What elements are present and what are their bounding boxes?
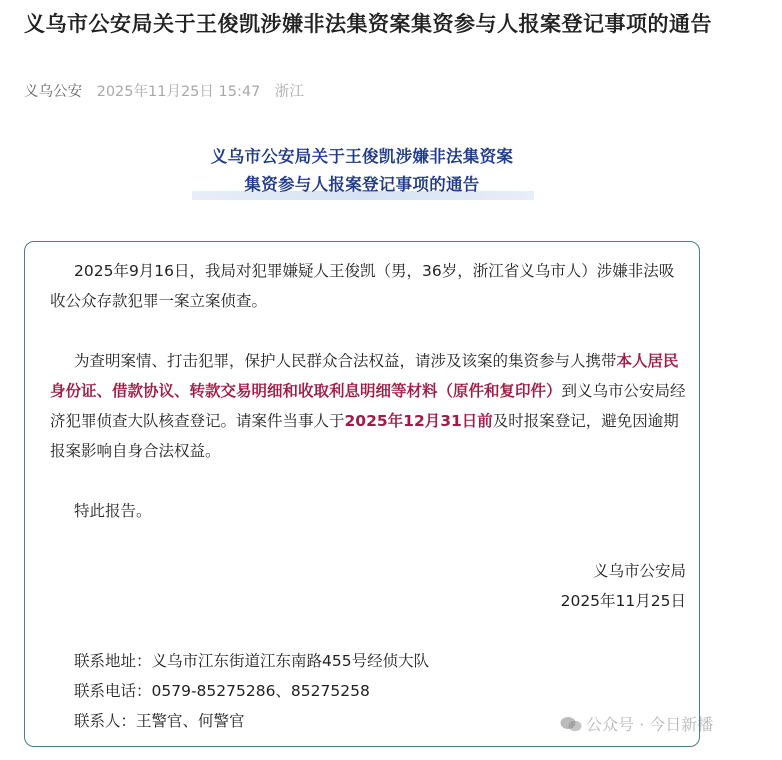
- contact-phone: 联系电话：0579-85275286、85275258: [74, 676, 370, 706]
- publish-time: 2025年11月25日 15:47: [97, 84, 261, 100]
- notice-paragraph-1: 2025年9月16日，我局对犯罪嫌疑人王俊凯（男，36岁，浙江省义乌市人）涉嫌非…: [50, 256, 686, 316]
- notice-paragraph-3: 特此报告。: [74, 496, 694, 526]
- publish-location: 浙江: [275, 84, 304, 100]
- wechat-icon: [560, 716, 582, 732]
- watermark: 公众号 · 今日新播: [560, 712, 713, 735]
- contact-person: 联系人：王警官、何警官: [74, 706, 245, 736]
- contact-address: 联系地址：义乌市江东街道江东南路455号经侦大队: [74, 646, 429, 676]
- banner-line-1: 义乌市公安局关于王俊凯涉嫌非法集资案: [190, 143, 534, 171]
- signature: 义乌市公安局: [593, 556, 686, 586]
- notice-paragraph-2: 为查明案情、打击犯罪，保护人民群众合法权益，请涉及该案的集资参与人携带本人居民身…: [50, 346, 690, 466]
- deadline-highlight: 2025年12月31日前: [345, 412, 493, 430]
- banner-line-2: 集资参与人报案登记事项的通告: [190, 171, 534, 199]
- watermark-text: 公众号 · 今日新播: [586, 715, 713, 734]
- author-link[interactable]: 义乌公安: [24, 84, 82, 100]
- paragraph-1-text: 2025年9月16日，我局对犯罪嫌疑人王俊凯（男，36岁，浙江省义乌市人）涉嫌非…: [50, 256, 686, 316]
- article-meta: 义乌公安 2025年11月25日 15:47 浙江: [24, 80, 304, 101]
- notice-banner: 义乌市公安局关于王俊凯涉嫌非法集资案 集资参与人报案登记事项的通告: [190, 143, 534, 203]
- article-title: 义乌市公安局关于王俊凯涉嫌非法集资案集资参与人报案登记事项的通告: [24, 8, 744, 40]
- signature-date: 2025年11月25日: [561, 586, 686, 616]
- paragraph-2-text-a: 为查明案情、打击犯罪，保护人民群众合法权益，请涉及该案的集资参与人携带: [74, 352, 617, 370]
